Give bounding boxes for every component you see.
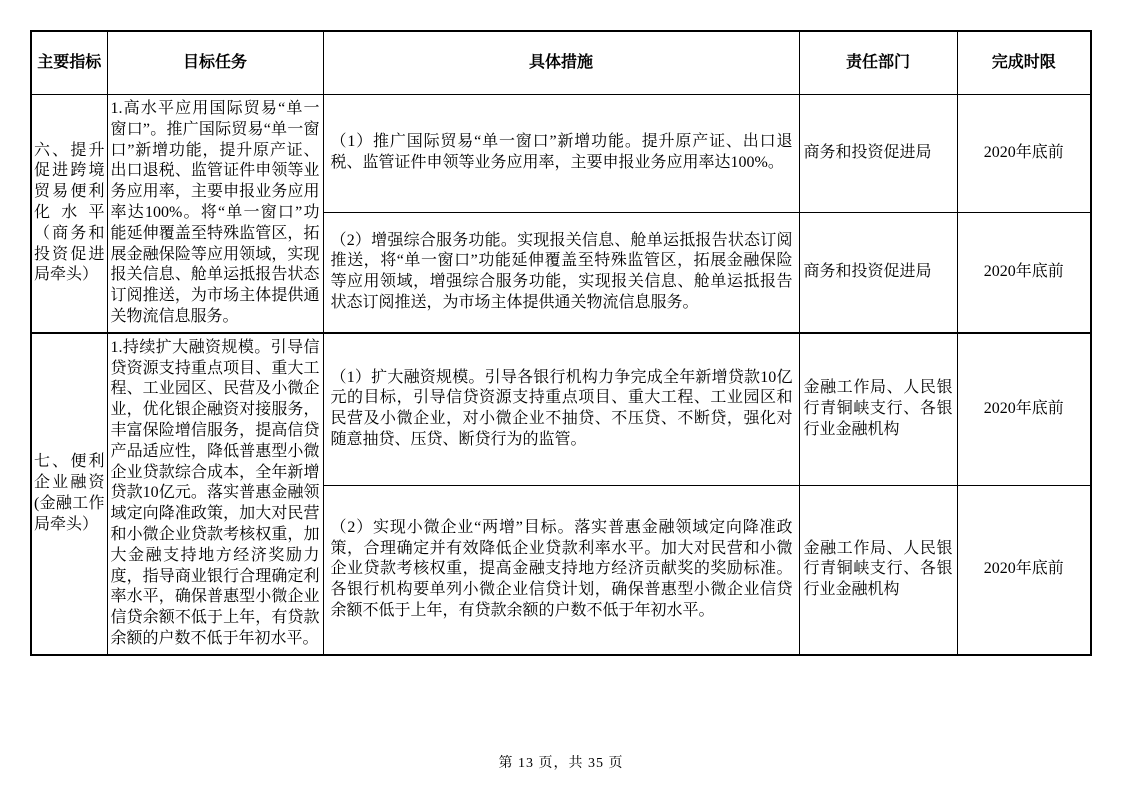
deadline-cell: 2020年底前	[957, 333, 1091, 485]
task-cell: 1.持续扩大融资规模。引导信贷资源支持重点项目、重大工程、工业园区、民营及小微企…	[107, 333, 323, 655]
page-number-footer: 第 13 页，共 35 页	[0, 752, 1122, 772]
deadline-cell: 2020年底前	[957, 212, 1091, 333]
header-specific-measures: 具体措施	[323, 31, 799, 95]
header-main-indicator: 主要指标	[31, 31, 107, 95]
header-responsible-department: 责任部门	[799, 31, 957, 95]
measure-cell: （1）扩大融资规模。引导各银行机构力争完成全年新增贷款10亿元的目标，引导信贷资…	[323, 333, 799, 485]
task-cell: 1.高水平应用国际贸易“单一窗口”。推广国际贸易“单一窗口”新增功能，提升原产证…	[107, 95, 323, 333]
work-plan-table: 主要指标 目标任务 具体措施 责任部门 完成时限 六、提升促进跨境贸易便利化水平…	[30, 30, 1092, 656]
measure-cell: （2）实现小微企业“两增”目标。落实普惠金融领域定向降准政策，合理确定并有效降低…	[323, 485, 799, 655]
indicator-cell: 六、提升促进跨境贸易便利化水平（商务和投资促进局牵头）	[31, 95, 107, 333]
header-completion-deadline: 完成时限	[957, 31, 1091, 95]
department-cell: 商务和投资促进局	[799, 95, 957, 213]
table-row: 七、便利企业融资(金融工作局牵头） 1.持续扩大融资规模。引导信贷资源支持重点项…	[31, 333, 1091, 485]
document-page: 主要指标 目标任务 具体措施 责任部门 完成时限 六、提升促进跨境贸易便利化水平…	[0, 0, 1122, 793]
measure-cell: （1）推广国际贸易“单一窗口”新增功能。提升原产证、出口退税、监管证件申领等业务…	[323, 95, 799, 213]
header-row: 主要指标 目标任务 具体措施 责任部门 完成时限	[31, 31, 1091, 95]
deadline-cell: 2020年底前	[957, 485, 1091, 655]
measure-cell: （2）增强综合服务功能。实现报关信息、舱单运抵报告状态订阅推送，将“单一窗口”功…	[323, 212, 799, 333]
department-cell: 金融工作局、人民银行青铜峡支行、各银行业金融机构	[799, 485, 957, 655]
indicator-cell: 七、便利企业融资(金融工作局牵头）	[31, 333, 107, 655]
deadline-cell: 2020年底前	[957, 95, 1091, 213]
department-cell: 商务和投资促进局	[799, 212, 957, 333]
header-target-task: 目标任务	[107, 31, 323, 95]
department-cell: 金融工作局、人民银行青铜峡支行、各银行业金融机构	[799, 333, 957, 485]
table-row: 六、提升促进跨境贸易便利化水平（商务和投资促进局牵头） 1.高水平应用国际贸易“…	[31, 95, 1091, 213]
